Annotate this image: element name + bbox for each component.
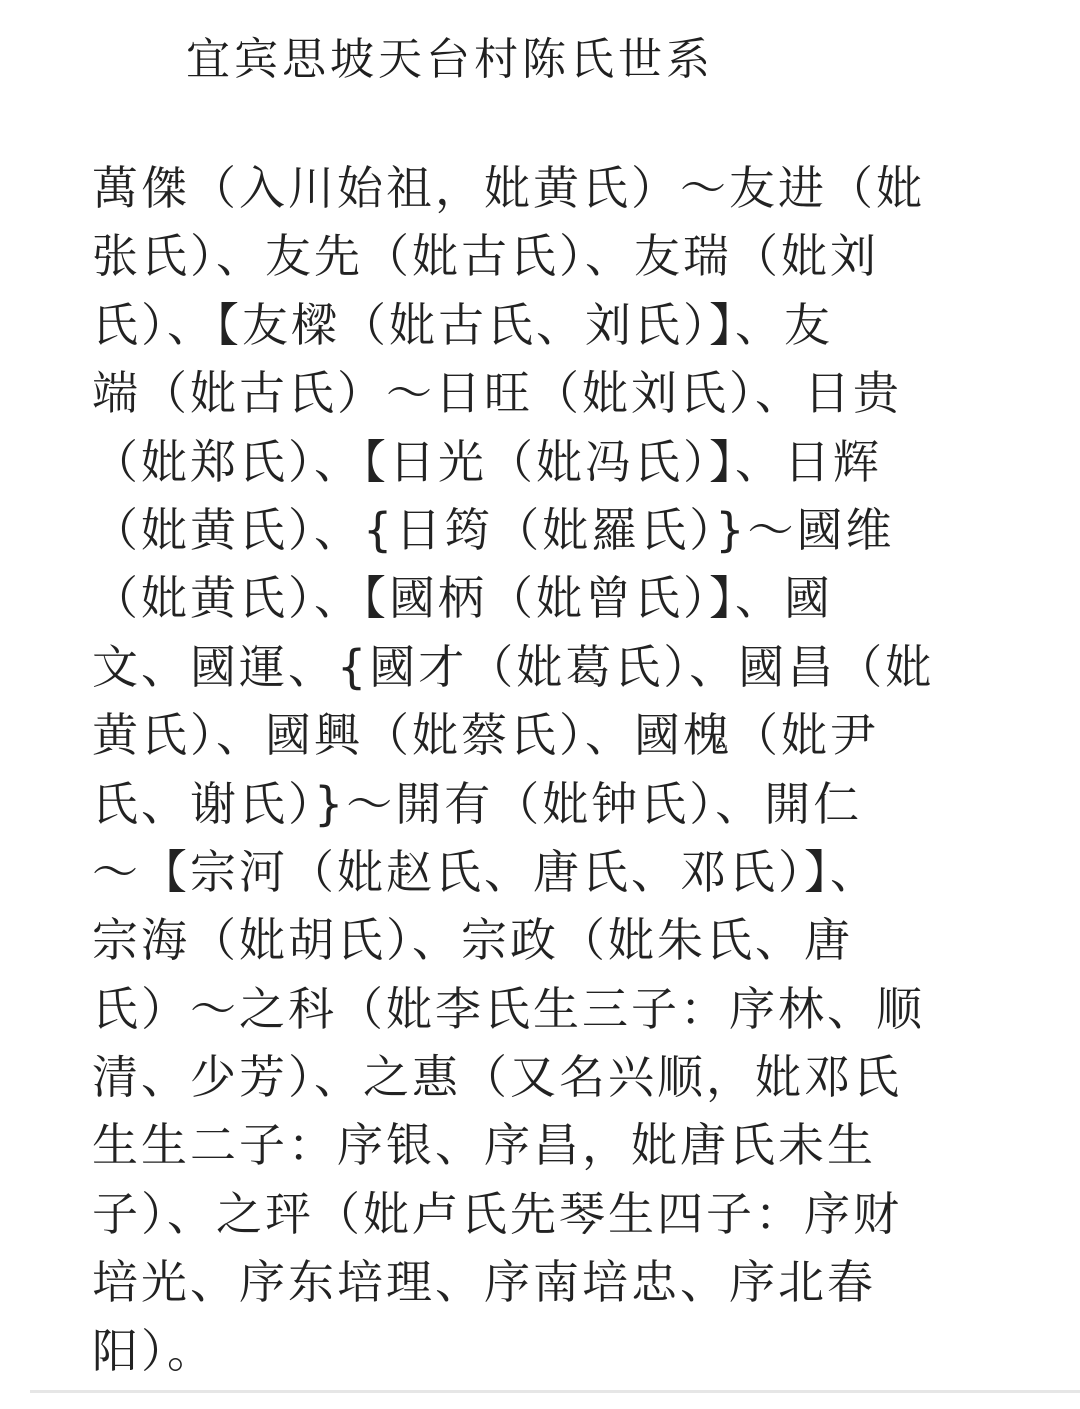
text-line: 文、國運、{國才（妣葛氏）、國昌（妣 bbox=[92, 633, 992, 701]
text-line: 培光、序东培理、序南培忠、序北春 bbox=[92, 1248, 992, 1316]
text-line: 氏）～之科（妣李氏生三子：序林、顺 bbox=[92, 975, 992, 1043]
document-title: 宜宾思坡天台村陈氏世系 bbox=[186, 30, 714, 90]
text-line: （妣郑氏）、【日光（妣冯氏）】、日辉 bbox=[92, 428, 992, 496]
text-line: 生生二子：序银、序昌，妣唐氏未生 bbox=[92, 1111, 992, 1179]
text-line: 黄氏）、國興（妣蔡氏）、國槐（妣尹 bbox=[92, 701, 992, 769]
text-line: 氏、谢氏）}～開有（妣钟氏）、開仁 bbox=[92, 770, 992, 838]
text-line: 宗海（妣胡氏）、宗政（妣朱氏、唐 bbox=[92, 906, 992, 974]
text-line: 萬傑（入川始祖，妣黄氏）～友进（妣 bbox=[92, 154, 992, 222]
text-line: 氏）、【友樑（妣古氏、刘氏）】、友 bbox=[92, 291, 992, 359]
text-line: （妣黄氏）、【國柄（妣曾氏）】、國 bbox=[92, 564, 992, 632]
text-line: 阳）。 bbox=[92, 1317, 992, 1385]
text-line: 子）、之玶（妣卢氏先琴生四子：序财 bbox=[92, 1180, 992, 1248]
text-line: 端（妣古氏）～日旺（妣刘氏）、日贵 bbox=[92, 359, 992, 427]
text-line: 张氏）、友先（妣古氏）、友瑞（妣刘 bbox=[92, 222, 992, 290]
text-line: （妣黄氏）、{日筠（妣羅氏）}～國维 bbox=[92, 496, 992, 564]
genealogy-text: 萬傑（入川始祖，妣黄氏）～友进（妣 张氏）、友先（妣古氏）、友瑞（妣刘 氏）、【… bbox=[92, 154, 992, 1385]
horizontal-divider bbox=[30, 1390, 1080, 1393]
text-line: ～【宗河（妣赵氏、唐氏、邓氏）】、 bbox=[92, 838, 992, 906]
text-line: 清、少芳）、之惠（又名兴顺，妣邓氏 bbox=[92, 1043, 992, 1111]
